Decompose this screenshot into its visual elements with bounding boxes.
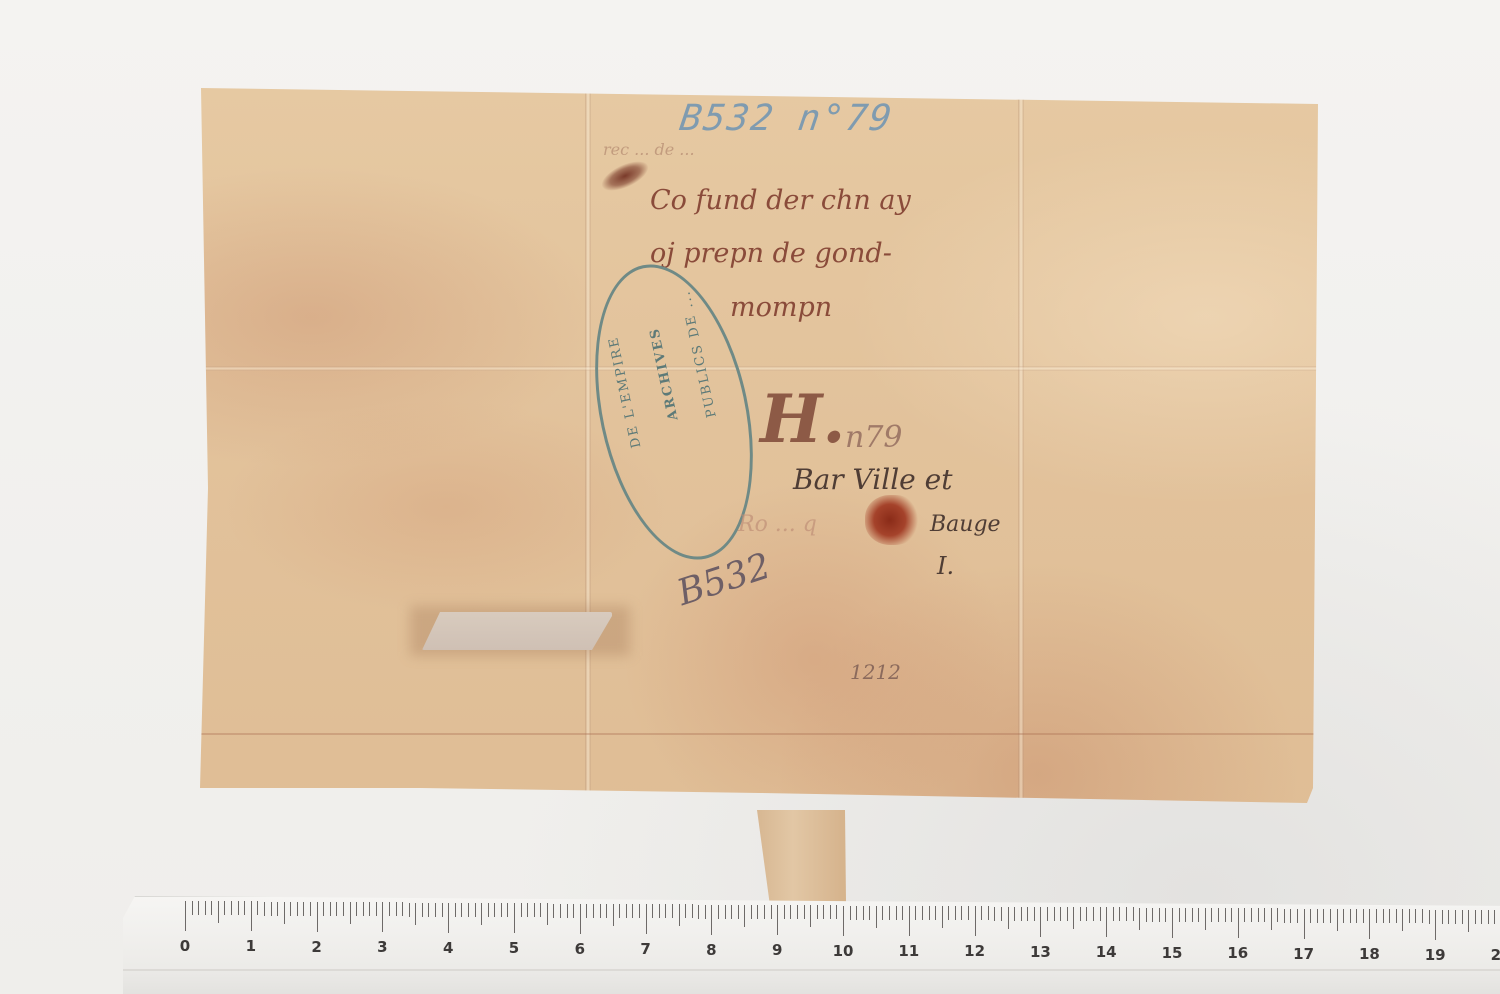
scale-ruler: 01234567891011121314151617181920 — [123, 896, 1500, 994]
ruler-tick — [1290, 909, 1291, 923]
ruler-tick — [1258, 908, 1259, 922]
ruler-tick — [685, 904, 686, 918]
ruler-tick — [573, 904, 574, 918]
ruler-tick — [356, 902, 357, 916]
ruler-tick — [1054, 907, 1055, 921]
ruler-tick — [1350, 909, 1351, 923]
ruler-tick — [744, 905, 745, 927]
endorsement-line-1: Co fund der chn ay — [650, 185, 911, 216]
ruler-tick — [389, 902, 390, 916]
ruler-tick — [1244, 908, 1245, 922]
ruler-tick — [1008, 907, 1009, 929]
ruler-tick — [264, 902, 265, 916]
ruler-tick — [948, 906, 949, 920]
ruler-tick — [1277, 908, 1278, 922]
ruler-tick — [1435, 910, 1436, 940]
ruler-tick — [468, 903, 469, 917]
ruler-tick — [455, 903, 456, 917]
ruler-tick — [382, 902, 383, 932]
ruler-tick — [1086, 907, 1087, 921]
ruler-label: 20 — [1491, 946, 1500, 964]
ruler-tick — [810, 905, 811, 927]
ruler-tick — [1165, 908, 1166, 922]
ruler-tick — [823, 905, 824, 919]
number-mark: n79 — [845, 420, 903, 455]
fold-line-right — [1018, 88, 1024, 850]
ruler-tick — [1376, 909, 1377, 923]
ruler-tick — [817, 905, 818, 919]
ruler-tick — [902, 906, 903, 920]
ruler-label: 14 — [1096, 943, 1117, 961]
ruler-tick — [257, 901, 258, 915]
ruler-tick — [600, 904, 601, 918]
ruler-tick — [830, 905, 831, 919]
ruler-tick — [1448, 910, 1449, 924]
ruler-tick — [1337, 909, 1338, 931]
ruler-tick — [1211, 908, 1212, 922]
ruler-tick — [521, 903, 522, 917]
ruler-tick — [1172, 908, 1173, 938]
ruler-tick — [1429, 910, 1430, 924]
ruler-tick — [1139, 908, 1140, 930]
ruler-tick — [350, 902, 351, 924]
ruler-tick — [567, 904, 568, 918]
ruler-tick — [494, 903, 495, 917]
ruler-tick — [1040, 907, 1041, 937]
ruler-tick — [1146, 908, 1147, 922]
ruler-tick — [961, 906, 962, 920]
ruler-label: 3 — [377, 938, 387, 956]
ruler-tick — [198, 901, 199, 915]
ruler-tick — [284, 902, 285, 924]
ruler-tick — [876, 906, 877, 928]
ruler-tick — [343, 902, 344, 916]
ruler-tick — [836, 905, 837, 919]
ruler-tick — [1119, 907, 1120, 921]
ruler-tick — [1152, 908, 1153, 922]
ruler-tick — [1264, 908, 1265, 922]
ruler-label: 12 — [964, 942, 985, 960]
ruler-label: 15 — [1162, 944, 1183, 962]
ruler-tick — [560, 904, 561, 918]
ruler-tick — [1409, 909, 1410, 923]
ruler-tick — [1494, 910, 1495, 924]
ruler-tick — [363, 902, 364, 916]
letter-mark: H. — [760, 380, 845, 458]
ruler-tick — [665, 904, 666, 918]
ruler-tick — [251, 901, 252, 931]
ruler-tick — [1238, 908, 1239, 938]
ruler-tick — [705, 905, 706, 919]
later-note-line-1: Bar Ville et — [793, 463, 952, 496]
ruler-tick — [619, 904, 620, 918]
ruler-tick — [869, 906, 870, 920]
ruler-tick — [271, 902, 272, 916]
ruler-tick — [1462, 910, 1463, 924]
ruler-tick — [402, 902, 403, 916]
later-note-line-2: Bauge — [930, 512, 1001, 537]
ruler-tick — [481, 903, 482, 925]
ruler-tick — [244, 901, 245, 915]
ruler-tick — [310, 902, 311, 916]
ruler-tick — [396, 902, 397, 916]
ruler-tick — [442, 903, 443, 917]
ruler-label: 17 — [1293, 945, 1314, 963]
ruler-tick — [679, 904, 680, 926]
ruler-tick — [593, 904, 594, 918]
ruler-label: 13 — [1030, 943, 1051, 961]
ruler-tick — [185, 901, 186, 931]
ruler-tick — [718, 905, 719, 919]
ruler-tick — [547, 903, 548, 925]
ruler-tick — [1415, 909, 1416, 923]
ruler-tick — [1455, 910, 1456, 924]
ruler-tick — [1284, 909, 1285, 923]
ruler-tick — [725, 905, 726, 919]
faded-top-note: rec ... de ... — [603, 140, 695, 159]
ruler-tick — [205, 901, 206, 915]
endorsement-line-2: oj prepn de gond- — [650, 238, 892, 269]
ruler-tick — [1113, 907, 1114, 921]
archive-reference-top: B532 n°79 — [677, 98, 896, 139]
stamp-text-left: DE L'EMPIRE — [606, 334, 644, 449]
ruler-tick — [698, 905, 699, 919]
ruler-tick — [1021, 907, 1022, 921]
ruler-tick — [1100, 907, 1101, 921]
ruler-tick — [1369, 909, 1370, 939]
ruler-tick — [1330, 909, 1331, 923]
ruler-tick — [955, 906, 956, 920]
ruler-tick — [1251, 908, 1252, 922]
ruler-label: 10 — [833, 942, 854, 960]
ruler-tick — [1218, 908, 1219, 922]
ruler-tick — [626, 904, 627, 918]
ruler-tick — [757, 905, 758, 919]
ruler-tick — [731, 905, 732, 919]
ruler-tick — [1126, 907, 1127, 921]
ruler-tick — [448, 903, 449, 933]
ruler-tick — [553, 904, 554, 918]
ruler-tick — [1396, 909, 1397, 923]
ruler-tick — [507, 903, 508, 917]
ruler-tick — [415, 903, 416, 925]
stamp-text-center: ARCHIVES — [647, 326, 681, 422]
ruler-label: 2 — [311, 938, 321, 956]
ruler-tick — [1231, 908, 1232, 922]
ruler-label: 16 — [1227, 944, 1248, 962]
ruler-tick — [777, 905, 778, 935]
red-wax-blot — [865, 495, 920, 545]
ruler-tick — [224, 901, 225, 915]
ruler-tick — [409, 903, 410, 917]
ruler-tick — [1179, 908, 1180, 922]
later-note-line-3: I. — [937, 552, 954, 580]
ruler-tick — [1363, 909, 1364, 923]
ruler-tick — [988, 906, 989, 920]
ruler-tick — [909, 906, 910, 936]
ruler-tick — [784, 905, 785, 919]
fold-line-horizontal — [200, 366, 1318, 371]
ruler-label: 5 — [509, 939, 519, 957]
ruler-label: 0 — [180, 937, 190, 955]
turn-up-fold — [200, 733, 1318, 735]
ruler-tick — [968, 906, 969, 920]
ruler-tick — [218, 901, 219, 923]
ruler-tick — [975, 906, 976, 936]
ruler-tick — [488, 903, 489, 917]
ruler-tick — [1475, 910, 1476, 924]
ruler-tick — [1080, 907, 1081, 921]
ruler-tick — [1297, 909, 1298, 923]
ruler-label: 9 — [772, 941, 782, 959]
ruler-tick — [639, 904, 640, 918]
ruler-label: 19 — [1425, 946, 1446, 964]
ruler-tick — [1185, 908, 1186, 922]
fold-line-left — [585, 88, 591, 850]
ruler-tick — [981, 906, 982, 920]
ruler-tick — [1001, 907, 1002, 921]
ruler-tick — [711, 905, 712, 935]
ruler-tick — [376, 902, 377, 916]
ruler-tick — [1205, 908, 1206, 930]
ruler-tick — [632, 904, 633, 918]
ruler-tick — [540, 903, 541, 917]
ruler-tick — [889, 906, 890, 920]
ruler-tick — [771, 905, 772, 919]
ruler-tick — [330, 902, 331, 916]
ruler-tick — [896, 906, 897, 920]
ruler-tick — [1159, 908, 1160, 922]
ruler-tick — [1271, 908, 1272, 930]
ruler-tick — [606, 904, 607, 918]
ruler-tick — [1422, 909, 1423, 923]
ruler-tick — [1323, 909, 1324, 923]
ruler-tick — [586, 904, 587, 918]
ruler-tick — [652, 904, 653, 918]
faded-note: Ro ... q — [738, 512, 817, 537]
ruler-tick — [935, 906, 936, 920]
ruler-tick — [692, 904, 693, 918]
ruler-label: 11 — [898, 942, 919, 960]
ruler-tick — [1106, 907, 1107, 937]
ruler-ticks: 01234567891011121314151617181920 — [185, 901, 1500, 941]
ruler-tick — [192, 901, 193, 915]
ruler-tick — [764, 905, 765, 919]
ruler-tick — [929, 906, 930, 920]
ruler-tick — [994, 907, 995, 921]
ruler-tick — [646, 904, 647, 934]
ruler-label: 4 — [443, 939, 453, 957]
ruler-tick — [672, 904, 673, 918]
ruler-tick — [1034, 907, 1035, 921]
ruler-tick — [1402, 909, 1403, 931]
ruler-tick — [317, 902, 318, 932]
ruler-tick — [290, 902, 291, 916]
ruler-tick — [1192, 908, 1193, 922]
ruler-tick — [475, 903, 476, 917]
ruler-tick — [659, 904, 660, 918]
ruler-tick — [1310, 909, 1311, 923]
ruler-tick — [580, 904, 581, 934]
ruler-tick — [1073, 907, 1074, 929]
ruler-tick — [1198, 908, 1199, 922]
ruler-tick — [1225, 908, 1226, 922]
ruler-tick — [850, 906, 851, 920]
seal-slot — [422, 612, 612, 650]
ruler-tick — [1093, 907, 1094, 921]
ruler-tick — [297, 902, 298, 916]
ruler-tick — [1356, 909, 1357, 923]
ruler-tick — [942, 906, 943, 928]
ruler-tick — [514, 903, 515, 933]
ruler-tick — [1468, 910, 1469, 932]
ruler-tick — [461, 903, 462, 917]
ruler-tick — [1027, 907, 1028, 921]
ruler-tick — [882, 906, 883, 920]
ruler-label: 7 — [640, 940, 650, 958]
ruler-tick — [422, 903, 423, 917]
ruler-tick — [501, 903, 502, 917]
ruler-tick — [527, 903, 528, 917]
ruler-tick — [1343, 909, 1344, 923]
ruler-tick — [211, 901, 212, 915]
ruler-tick — [1014, 907, 1015, 921]
ruler-tick — [790, 905, 791, 919]
ruler-tick — [238, 901, 239, 915]
ruler-tick — [751, 905, 752, 919]
ruler-tick — [435, 903, 436, 917]
ruler-tick — [1304, 909, 1305, 939]
ruler-tick — [1047, 907, 1048, 921]
ruler-tick — [613, 904, 614, 926]
ruler-tick — [534, 903, 535, 917]
endorsement-line-3: mompn — [730, 292, 832, 323]
ruler-tick — [231, 901, 232, 915]
ruler-tick — [922, 906, 923, 920]
ruler-tick — [323, 902, 324, 916]
ruler-label: 18 — [1359, 945, 1380, 963]
ruler-tick — [1481, 910, 1482, 924]
ruler-label: 1 — [246, 937, 256, 955]
ruler-tick — [1488, 910, 1489, 924]
ruler-tick — [428, 903, 429, 917]
ruler-tick — [915, 906, 916, 920]
ruler-tick — [843, 906, 844, 936]
ruler-tick — [1133, 907, 1134, 921]
ruler-tick — [797, 905, 798, 919]
ruler-tick — [856, 906, 857, 920]
ruler-tick — [1060, 907, 1061, 921]
ruler-tick — [369, 902, 370, 916]
ruler-tick — [1067, 907, 1068, 921]
ruler-tick — [1389, 909, 1390, 923]
ruler-tick — [336, 902, 337, 916]
ruler-label: 8 — [706, 941, 716, 959]
ruler-tick — [804, 905, 805, 919]
ruler-tick — [1442, 910, 1443, 924]
ruler-tick — [303, 902, 304, 916]
ruler-tick — [738, 905, 739, 919]
ruler-tick — [1383, 909, 1384, 923]
ruler-tick — [1317, 909, 1318, 923]
year-note: 1212 — [850, 660, 901, 684]
ruler-tick — [863, 906, 864, 920]
ruler-label: 6 — [575, 940, 585, 958]
ruler-tick — [277, 902, 278, 916]
ruler-edge — [123, 969, 1500, 971]
